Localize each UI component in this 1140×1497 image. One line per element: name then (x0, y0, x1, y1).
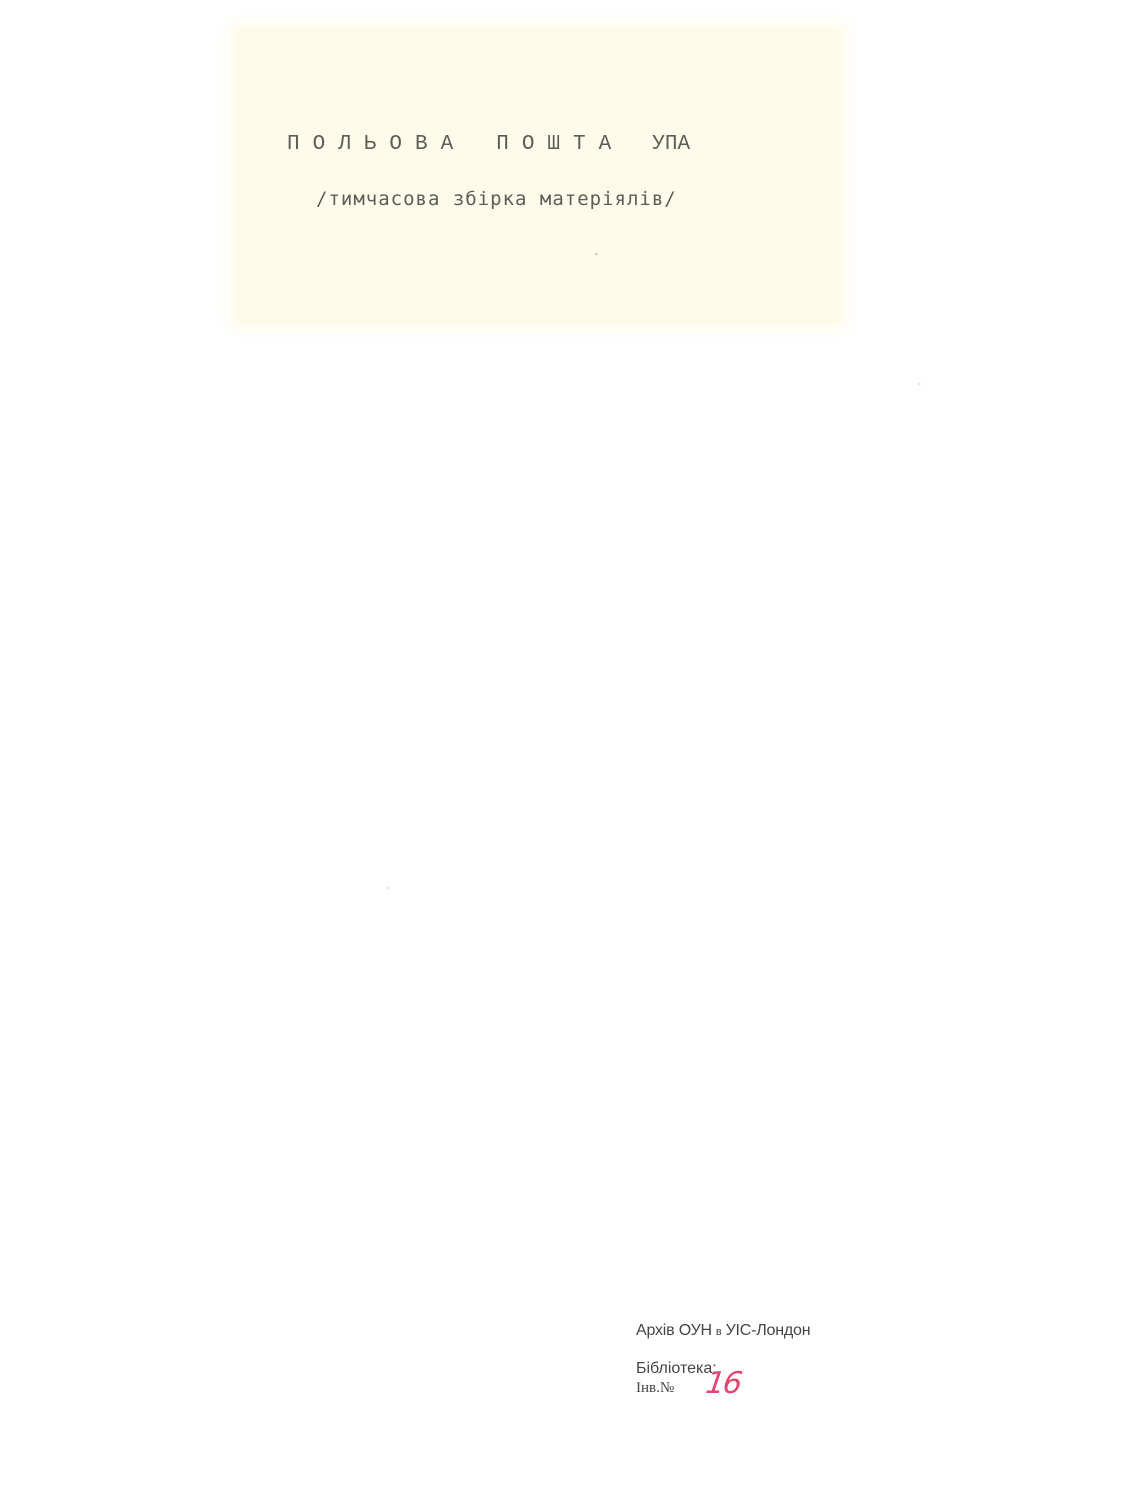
title-word-2: ПОШТА (496, 133, 624, 156)
paper-speck (918, 383, 921, 385)
stamp-inventory-line: Інв.№ 16 (636, 1380, 810, 1397)
stamp-archive-name: Архів ОУН (636, 1322, 712, 1339)
paper-slip (237, 30, 840, 322)
stamp-inventory-label: Інв.№ (636, 1380, 674, 1396)
title-word-3: УПА (652, 133, 690, 156)
paper-speck (595, 253, 598, 255)
title-word-1: ПОЛЬОВА (287, 133, 466, 156)
stamp-archive-location: УІС-Лондон (726, 1322, 811, 1339)
archive-stamp: Архів ОУНвУІС-Лондон Бібліотека: Інв.№ 1… (636, 1322, 810, 1397)
document-title: ПОЛЬОВАПОШТАУПА (287, 133, 690, 156)
document-subtitle: /тимчасова збірка матеріялів/ (316, 188, 677, 210)
inventory-number-handwritten: 16 (704, 1366, 743, 1401)
stamp-archive-line: Архів ОУНвУІС-Лондон (636, 1322, 810, 1340)
paper-speck (386, 887, 389, 889)
stamp-archive-connector: в (716, 1326, 722, 1338)
